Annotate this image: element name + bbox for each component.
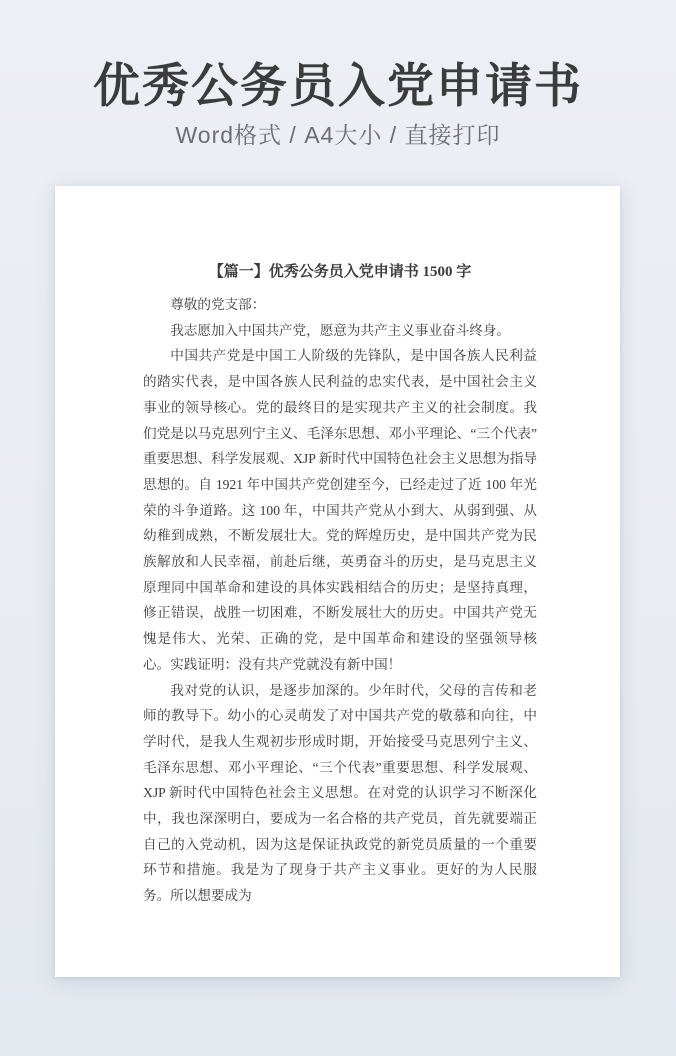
document-body: 尊敬的党支部：我志愿加入中国共产党，愿意为共产主义事业奋斗终身。中国共产党是中国… xyxy=(143,292,537,909)
document-title: 【篇一】优秀公务员入党申请书 1500 字 xyxy=(143,260,537,284)
hero-header: 优秀公务员入党申请书 Word格式 / A4大小 / 直接打印 xyxy=(0,0,676,149)
document-paragraph: 中国共产党是中国工人阶级的先锋队，是中国各族人民利益的踏实代表，是中国各族人民利… xyxy=(143,343,537,677)
page-title: 优秀公务员入党申请书 xyxy=(0,58,676,114)
document-paragraph: 尊敬的党支部： xyxy=(143,292,537,318)
document-paragraph: 我志愿加入中国共产党，愿意为共产主义事业奋斗终身。 xyxy=(143,318,537,344)
document-paragraph: 我对党的认识，是逐步加深的。少年时代，父母的言传和老师的教导下。幼小的心灵萌发了… xyxy=(143,678,537,909)
document-page: 【篇一】优秀公务员入党申请书 1500 字 尊敬的党支部：我志愿加入中国共产党，… xyxy=(55,186,620,977)
page-subtitle: Word格式 / A4大小 / 直接打印 xyxy=(0,121,676,149)
